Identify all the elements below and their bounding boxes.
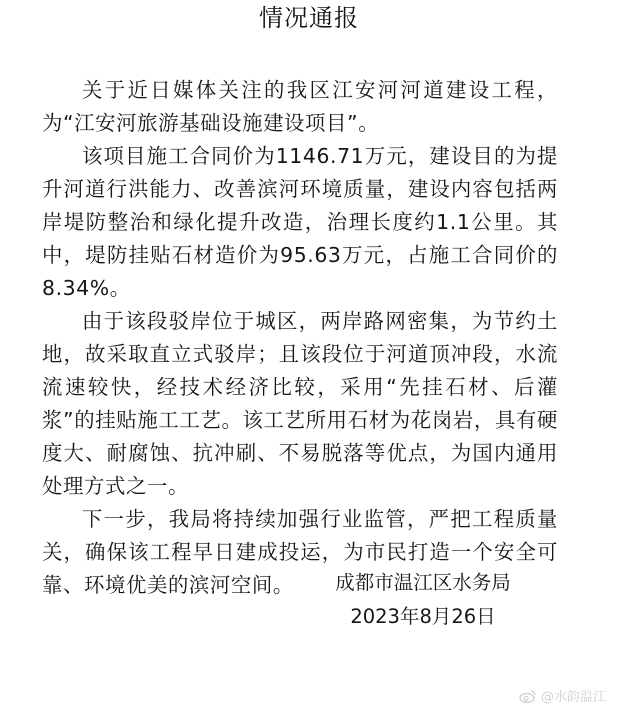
signature-block: 成都市温江区水务局 2023年8月26日 bbox=[320, 566, 526, 634]
paragraph-2: 该项目施工合同价为1146.71万元，建设目的为提升河道行洪能力、改善滨河环境质… bbox=[42, 140, 558, 305]
paragraph-3: 由于该段驳岸位于城区，两岸路网密集，为节约土地，故采取直立式驳岸；且该段位于河道… bbox=[42, 305, 558, 503]
paragraph-1: 关于近日媒体关注的我区江安河河道建设工程，为“江安河旅游基础设施建设项目”。 bbox=[42, 74, 558, 140]
document-title: 情况通报 bbox=[0, 3, 618, 33]
weibo-icon bbox=[519, 689, 537, 703]
watermark-text: @水韵温江 bbox=[541, 686, 606, 705]
signature-date: 2023年8月26日 bbox=[320, 600, 526, 634]
document-body: 关于近日媒体关注的我区江安河河道建设工程，为“江安河旅游基础设施建设项目”。 该… bbox=[42, 74, 558, 602]
watermark: @水韵温江 bbox=[519, 686, 606, 705]
signature-organization: 成都市温江区水务局 bbox=[320, 566, 526, 600]
